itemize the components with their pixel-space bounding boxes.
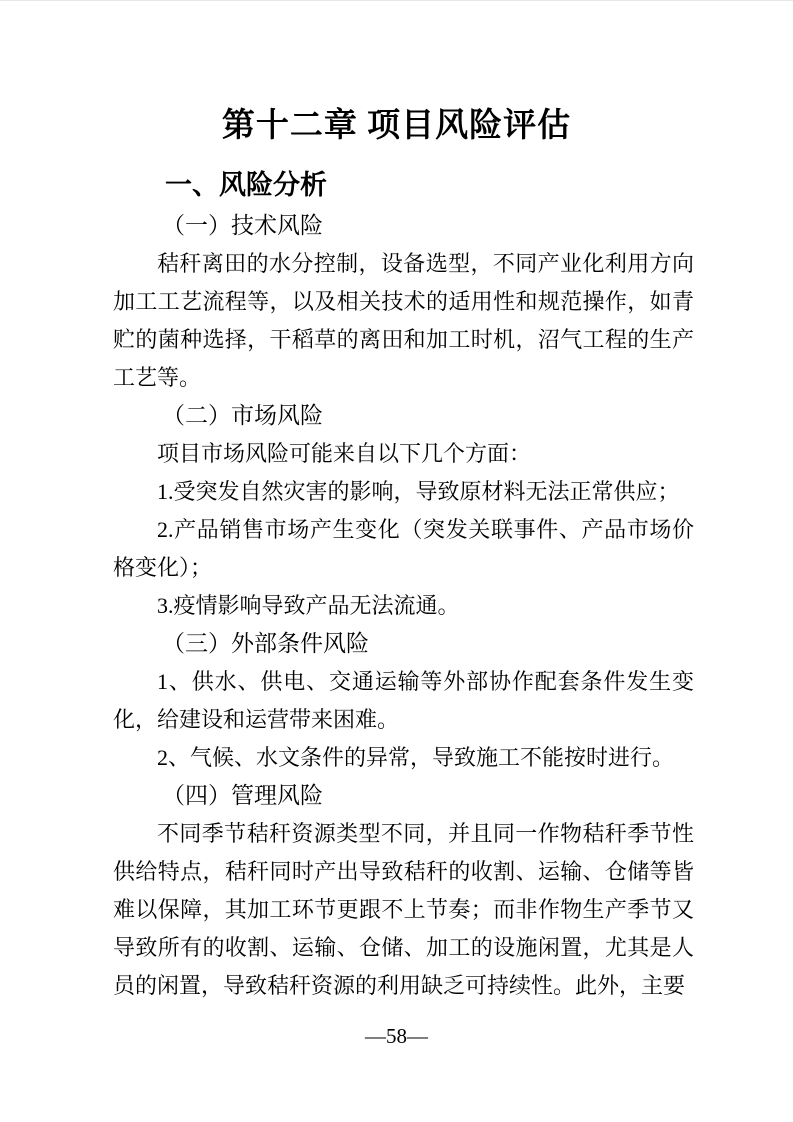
chapter-title: 第十二章 项目风险评估 <box>0 1 793 149</box>
subsection-management-risk: （四）管理风险 不同季节秸秆资源类型不同，并且同一作物秸秆季节性供给特点，秸秆同… <box>113 777 694 1005</box>
subsection-external-condition-risk: （三）外部条件风险 1、供水、供电、交通运输等外部协作配套条件发生变化，给建设和… <box>113 625 694 777</box>
subsection-technical-risk: （一）技术风险 秸秆离田的水分控制，设备选型，不同产业化利用方向加工工艺流程等，… <box>113 207 694 397</box>
list-item: 1、供水、供电、交通运输等外部协作配套条件发生变化，给建设和运营带来困难。 <box>113 663 694 739</box>
subsection-market-risk: （二）市场风险 项目市场风险可能来自以下几个方面： 1.受突发自然灾害的影响，导… <box>113 397 694 625</box>
subsection-heading: （二）市场风险 <box>113 397 694 435</box>
paragraph: 秸秆离田的水分控制，设备选型，不同产业化利用方向加工工艺流程等，以及相关技术的适… <box>113 245 694 397</box>
section-heading-risk-analysis: 一、风险分析 <box>165 168 694 202</box>
page-content: 一、风险分析 （一）技术风险 秸秆离田的水分控制，设备选型，不同产业化利用方向加… <box>113 168 694 1005</box>
page-number: —58— <box>0 1025 793 1048</box>
list-item: 1.受突发自然灾害的影响，导致原材料无法正常供应； <box>113 473 694 511</box>
subsection-heading: （四）管理风险 <box>113 777 694 815</box>
paragraph: 项目市场风险可能来自以下几个方面： <box>113 435 694 473</box>
subsection-heading: （三）外部条件风险 <box>113 625 694 663</box>
paragraph: 不同季节秸秆资源类型不同，并且同一作物秸秆季节性供给特点，秸秆同时产出导致秸秆的… <box>113 815 694 1005</box>
subsection-heading: （一）技术风险 <box>113 207 694 245</box>
list-item: 2.产品销售市场产生变化（突发关联事件、产品市场价格变化）； <box>113 511 694 587</box>
list-item: 2、气候、水文条件的异常，导致施工不能按时进行。 <box>113 739 694 777</box>
list-item: 3.疫情影响导致产品无法流通。 <box>113 587 694 625</box>
document-page: 第十二章 项目风险评估 一、风险分析 （一）技术风险 秸秆离田的水分控制，设备选… <box>0 0 793 1122</box>
